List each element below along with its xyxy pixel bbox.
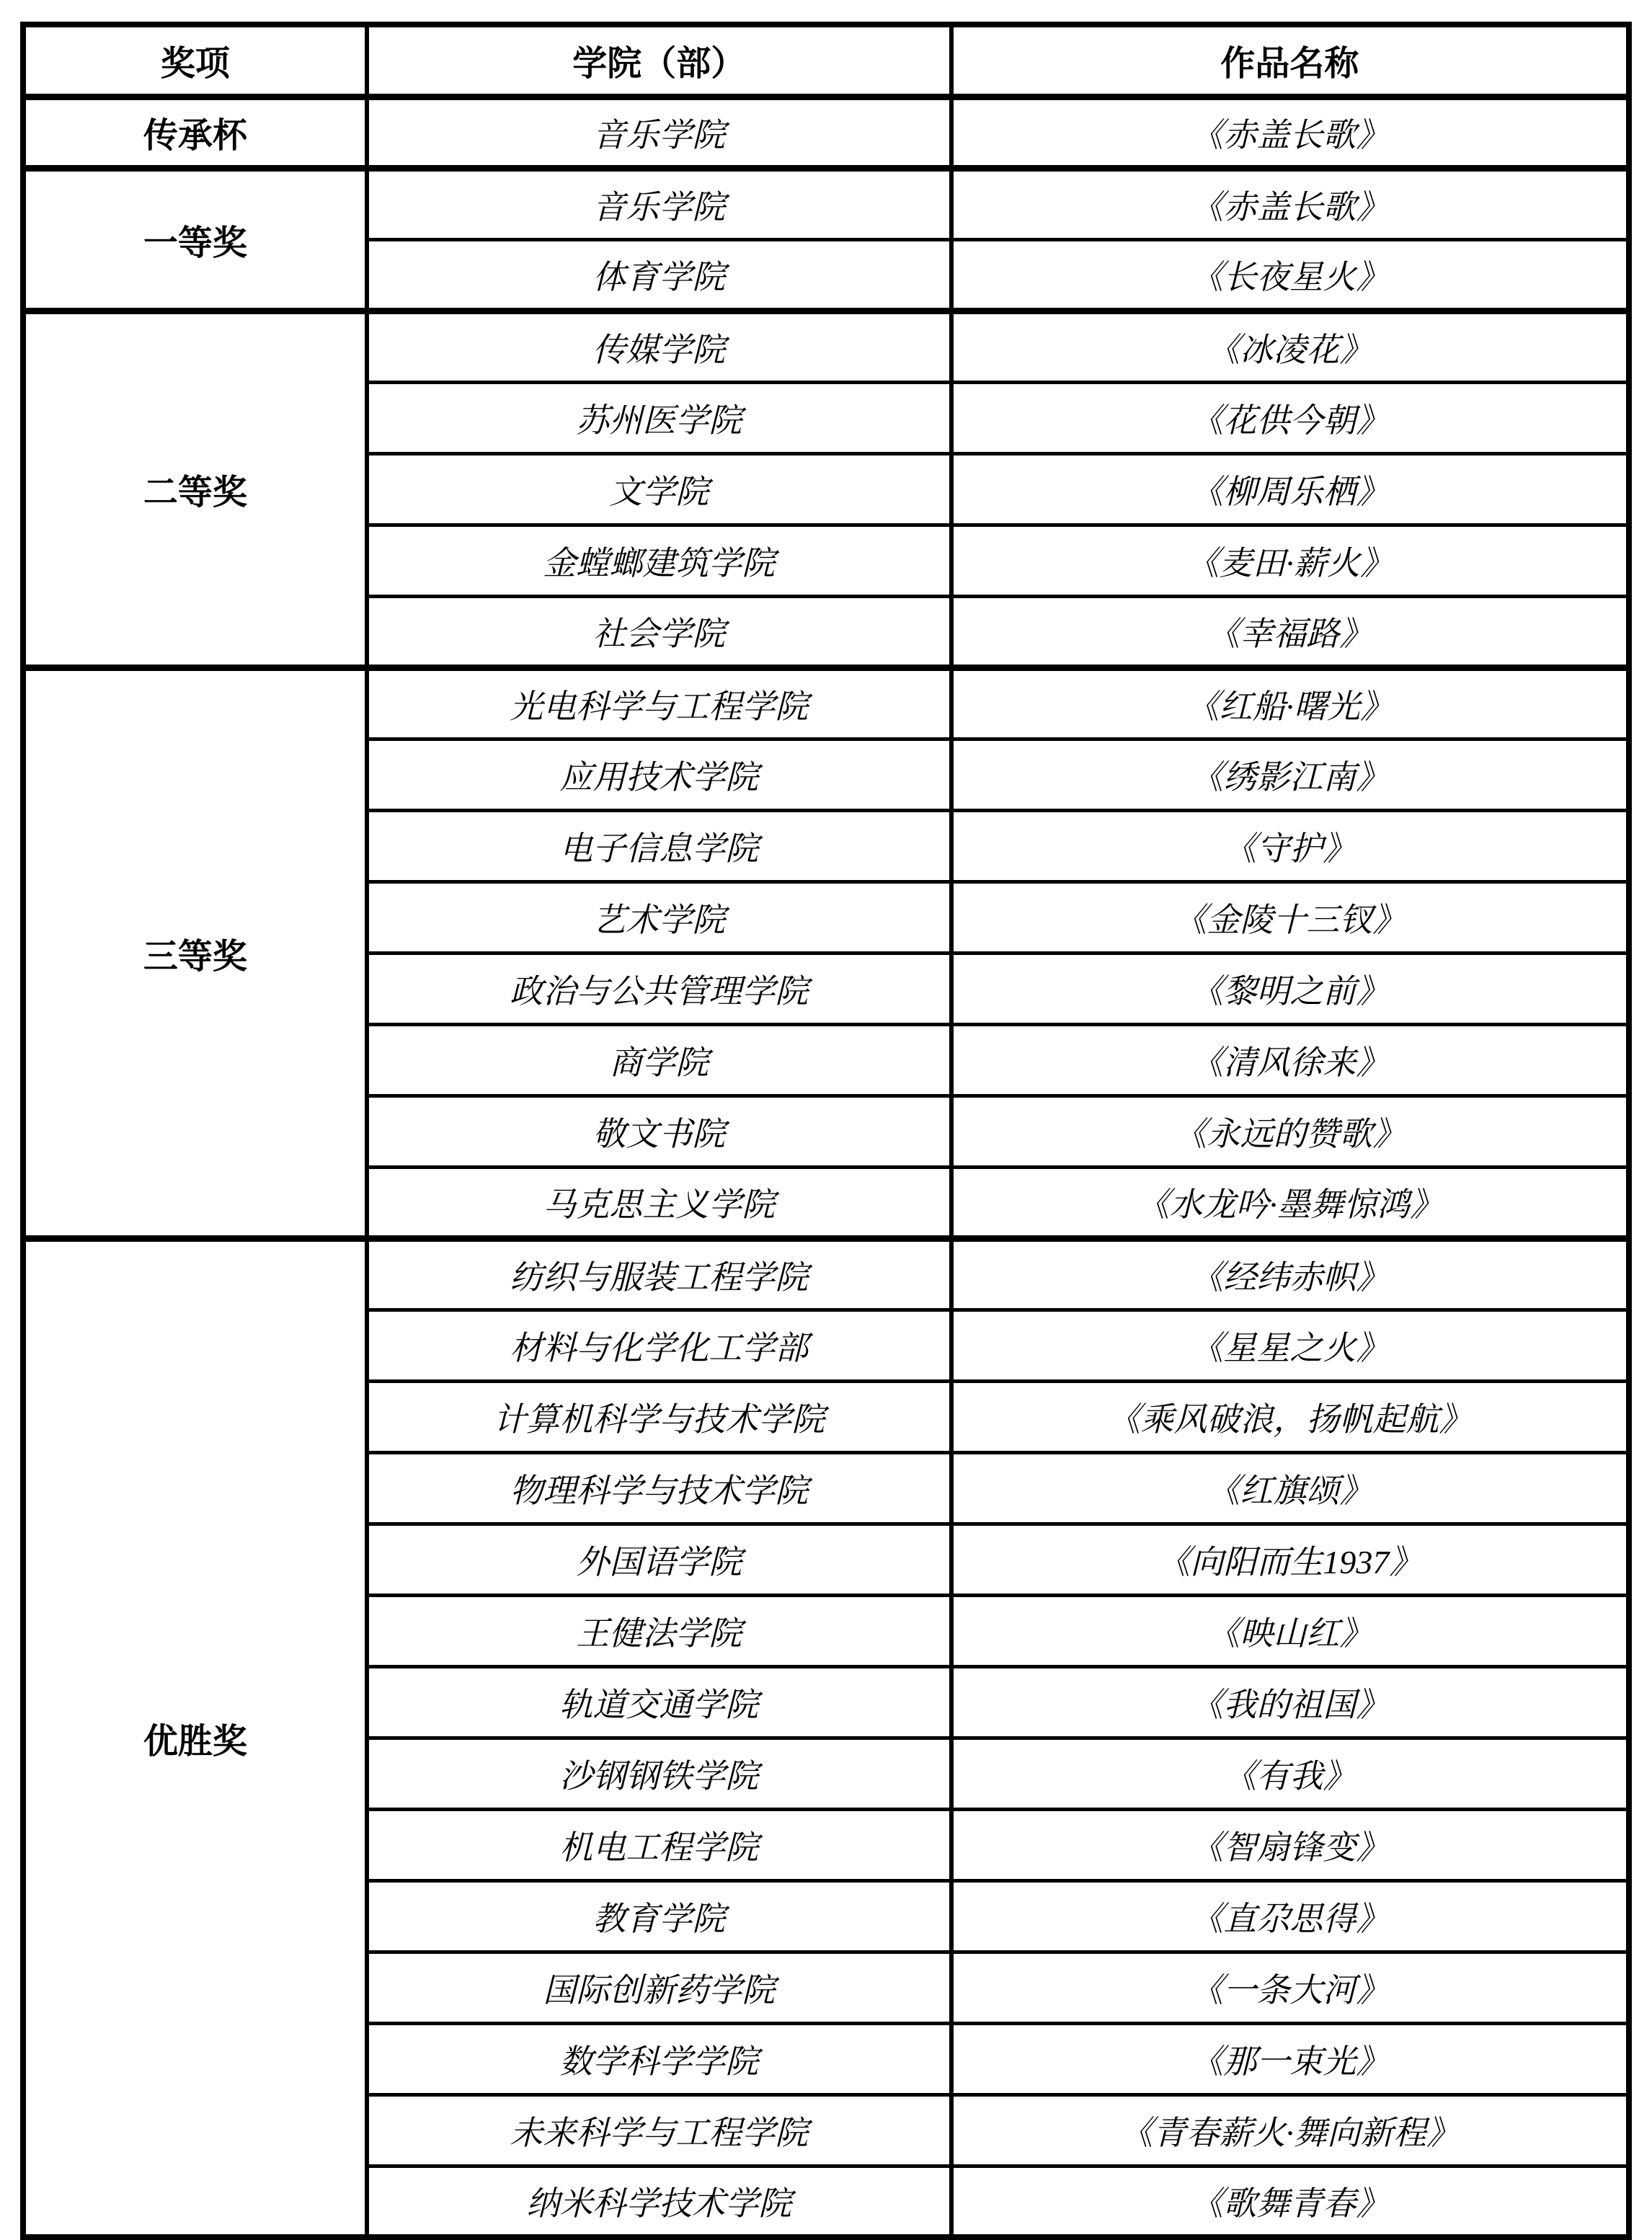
college-cell: 马克思主义学院 bbox=[367, 1167, 951, 1238]
college-cell: 苏州医学院 bbox=[367, 382, 951, 453]
award-cell: 三等奖 bbox=[23, 667, 367, 1238]
work-title-cell: 《向阳而生1937》 bbox=[951, 1524, 1629, 1595]
work-title-cell: 《智扇锋变》 bbox=[951, 1809, 1629, 1880]
work-title-cell: 《我的祖国》 bbox=[951, 1666, 1629, 1738]
college-cell: 商学院 bbox=[367, 1024, 951, 1095]
college-cell: 艺术学院 bbox=[367, 881, 951, 953]
college-cell: 国际创新药学院 bbox=[367, 1952, 951, 2023]
awards-table: 奖项 学院（部） 作品名称 传承杯音乐学院《赤盖长歌》一等奖音乐学院《赤盖长歌》… bbox=[20, 22, 1632, 2240]
college-cell: 机电工程学院 bbox=[367, 1809, 951, 1880]
college-cell: 敬文书院 bbox=[367, 1095, 951, 1167]
header-cell-work: 作品名称 bbox=[951, 25, 1629, 97]
work-title-cell: 《一条大河》 bbox=[951, 1952, 1629, 2023]
college-cell: 传媒学院 bbox=[367, 311, 951, 382]
work-title-cell: 《花供今朝》 bbox=[951, 382, 1629, 453]
college-cell: 音乐学院 bbox=[367, 168, 951, 239]
work-title-cell: 《青春薪火·舞向新程》 bbox=[951, 2094, 1629, 2166]
college-cell: 王健法学院 bbox=[367, 1595, 951, 1666]
college-cell: 外国语学院 bbox=[367, 1524, 951, 1595]
work-title-cell: 《映山红》 bbox=[951, 1595, 1629, 1666]
college-cell: 教育学院 bbox=[367, 1880, 951, 1952]
work-title-cell: 《赤盖长歌》 bbox=[951, 168, 1629, 239]
work-title-cell: 《红旗颂》 bbox=[951, 1452, 1629, 1524]
college-cell: 音乐学院 bbox=[367, 97, 951, 168]
work-title-cell: 《红船·曙光》 bbox=[951, 667, 1629, 739]
college-cell: 社会学院 bbox=[367, 596, 951, 667]
work-title-cell: 《幸福路》 bbox=[951, 596, 1629, 667]
award-cell: 二等奖 bbox=[23, 311, 367, 667]
award-cell: 一等奖 bbox=[23, 168, 367, 311]
college-cell: 体育学院 bbox=[367, 239, 951, 311]
header-cell-award: 奖项 bbox=[23, 25, 367, 97]
work-title-cell: 《歌舞青春》 bbox=[951, 2166, 1629, 2237]
college-cell: 政治与公共管理学院 bbox=[367, 953, 951, 1024]
work-title-cell: 《柳周乐栖》 bbox=[951, 453, 1629, 525]
college-cell: 轨道交通学院 bbox=[367, 1666, 951, 1738]
work-title-cell: 《有我》 bbox=[951, 1738, 1629, 1809]
college-cell: 物理科学与技术学院 bbox=[367, 1452, 951, 1524]
work-title-cell: 《乘风破浪，扬帆起航》 bbox=[951, 1381, 1629, 1452]
college-cell: 文学院 bbox=[367, 453, 951, 525]
header-row: 奖项 学院（部） 作品名称 bbox=[23, 25, 1629, 97]
college-cell: 纳米科学技术学院 bbox=[367, 2166, 951, 2237]
college-cell: 数学科学学院 bbox=[367, 2023, 951, 2094]
award-cell: 传承杯 bbox=[23, 97, 367, 168]
work-title-cell: 《冰凌花》 bbox=[951, 311, 1629, 382]
work-title-cell: 《绣影江南》 bbox=[951, 739, 1629, 810]
work-title-cell: 《星星之火》 bbox=[951, 1310, 1629, 1381]
work-title-cell: 《清风徐来》 bbox=[951, 1024, 1629, 1095]
table-row: 优胜奖纺织与服装工程学院《经纬赤帜》 bbox=[23, 1238, 1629, 1310]
college-cell: 光电科学与工程学院 bbox=[367, 667, 951, 739]
college-cell: 未来科学与工程学院 bbox=[367, 2094, 951, 2166]
college-cell: 沙钢钢铁学院 bbox=[367, 1738, 951, 1809]
work-title-cell: 《金陵十三钗》 bbox=[951, 881, 1629, 953]
college-cell: 金螳螂建筑学院 bbox=[367, 525, 951, 596]
table-row: 三等奖光电科学与工程学院《红船·曙光》 bbox=[23, 667, 1629, 739]
work-title-cell: 《经纬赤帜》 bbox=[951, 1238, 1629, 1310]
work-title-cell: 《直尕思得》 bbox=[951, 1880, 1629, 1952]
college-cell: 电子信息学院 bbox=[367, 810, 951, 881]
header-cell-college: 学院（部） bbox=[367, 25, 951, 97]
table-row: 一等奖音乐学院《赤盖长歌》 bbox=[23, 168, 1629, 239]
work-title-cell: 《水龙吟·墨舞惊鸿》 bbox=[951, 1167, 1629, 1238]
work-title-cell: 《守护》 bbox=[951, 810, 1629, 881]
college-cell: 计算机科学与技术学院 bbox=[367, 1381, 951, 1452]
table-row: 二等奖传媒学院《冰凌花》 bbox=[23, 311, 1629, 382]
work-title-cell: 《长夜星火》 bbox=[951, 239, 1629, 311]
award-cell: 优胜奖 bbox=[23, 1238, 367, 2237]
work-title-cell: 《赤盖长歌》 bbox=[951, 97, 1629, 168]
awards-table-container: 奖项 学院（部） 作品名称 传承杯音乐学院《赤盖长歌》一等奖音乐学院《赤盖长歌》… bbox=[20, 22, 1632, 2240]
table-row: 传承杯音乐学院《赤盖长歌》 bbox=[23, 97, 1629, 168]
table-header: 奖项 学院（部） 作品名称 bbox=[23, 25, 1629, 97]
table-body: 传承杯音乐学院《赤盖长歌》一等奖音乐学院《赤盖长歌》体育学院《长夜星火》二等奖传… bbox=[23, 97, 1629, 2237]
work-title-cell: 《麦田·薪火》 bbox=[951, 525, 1629, 596]
college-cell: 应用技术学院 bbox=[367, 739, 951, 810]
work-title-cell: 《黎明之前》 bbox=[951, 953, 1629, 1024]
college-cell: 材料与化学化工学部 bbox=[367, 1310, 951, 1381]
work-title-cell: 《那一束光》 bbox=[951, 2023, 1629, 2094]
college-cell: 纺织与服装工程学院 bbox=[367, 1238, 951, 1310]
work-title-cell: 《永远的赞歌》 bbox=[951, 1095, 1629, 1167]
